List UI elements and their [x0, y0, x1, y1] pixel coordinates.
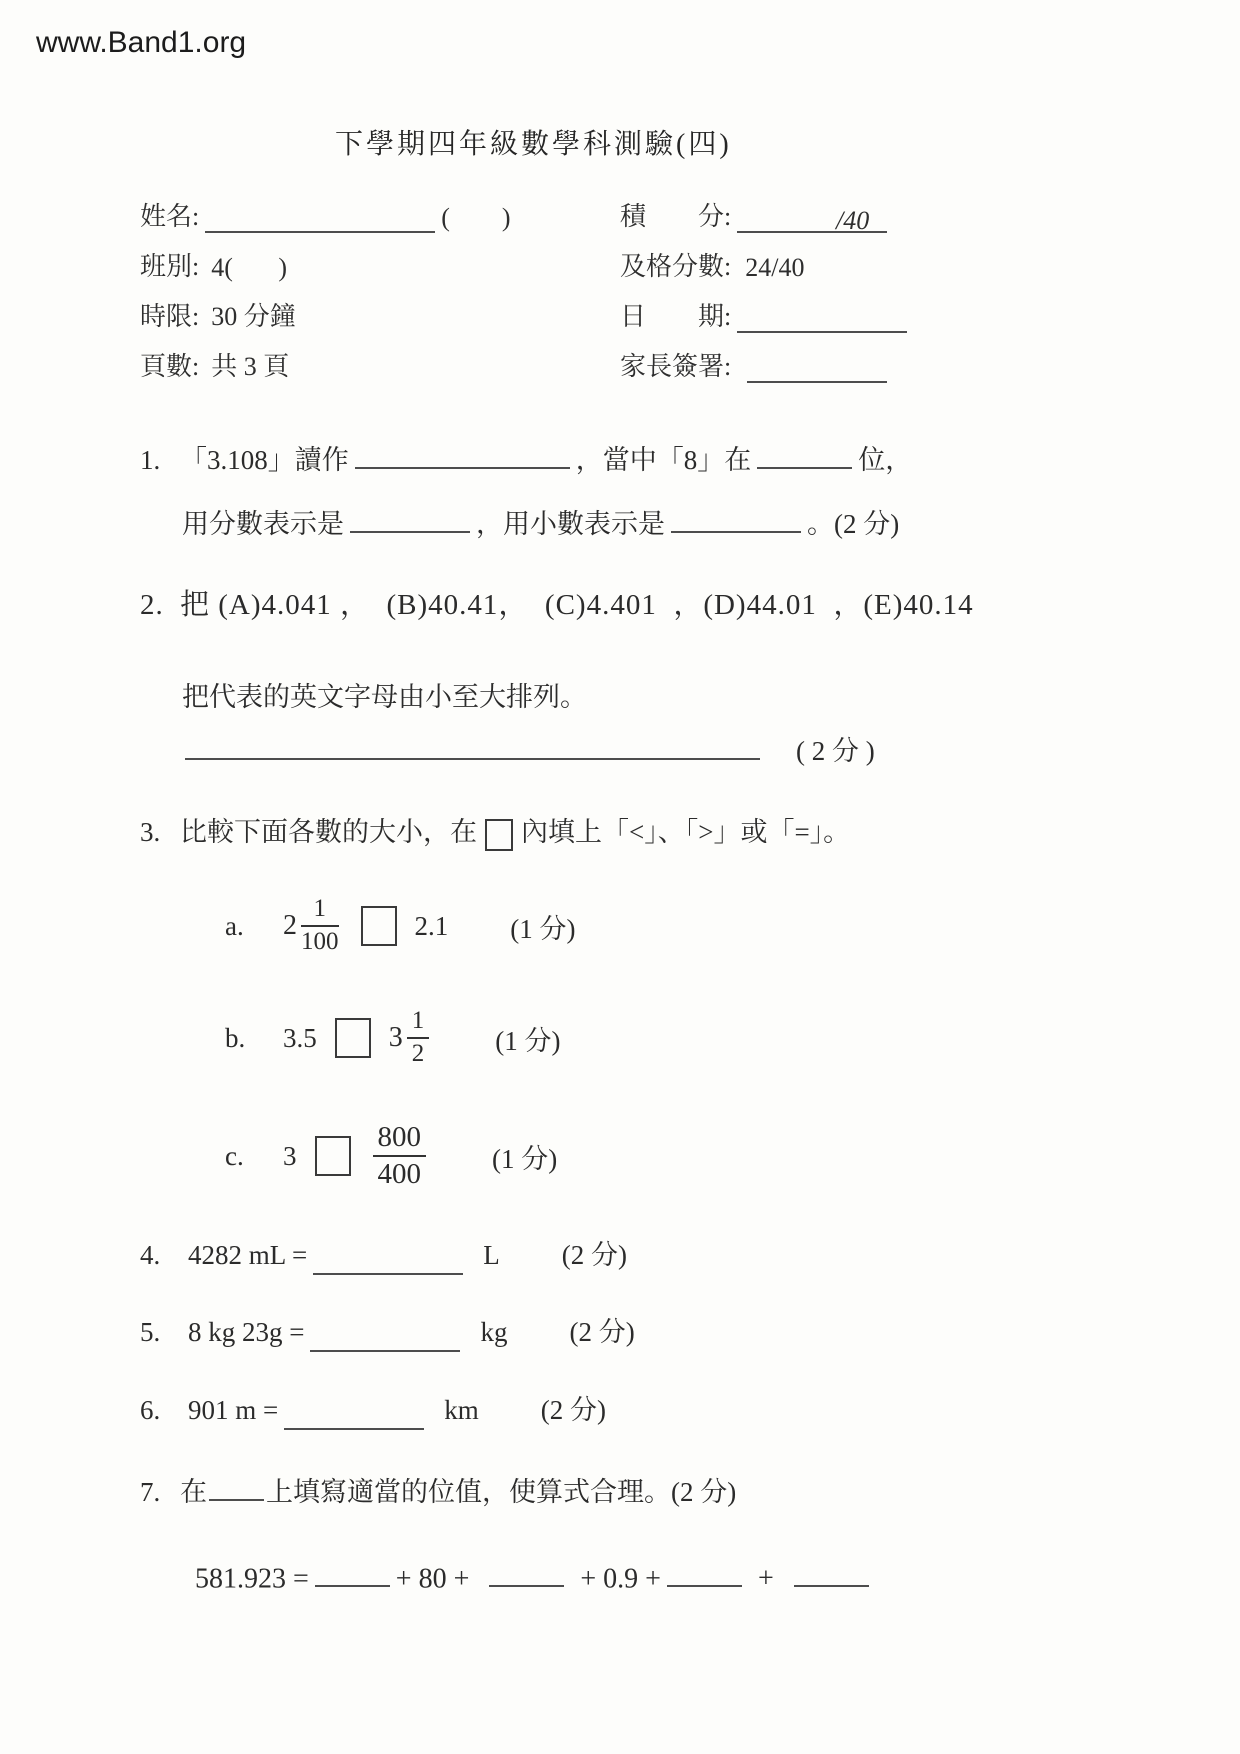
page-title: 下學期四年級數學科測驗(四)	[335, 122, 732, 162]
time-limit-value: 30 分鐘	[211, 296, 296, 333]
q7-inline-blank	[209, 1473, 264, 1501]
q3b-left-value: 3.5	[283, 1023, 317, 1054]
q1-tail-text: 位，	[858, 445, 912, 475]
q1-decimal-blank	[671, 505, 801, 533]
q3c-marks: (1 分)	[492, 1137, 557, 1176]
question-5-number: 5.	[140, 1312, 188, 1352]
q3c-label: c.	[225, 1141, 283, 1172]
pass-score-label: 及格分數:	[620, 246, 731, 283]
q7-before-blank-text: 在	[180, 1477, 207, 1507]
q4-marks: (2 分)	[562, 1235, 627, 1275]
question-2: 2.把 (A)4.041 ， (B)40.41， (C)4.401 ，(D)44…	[140, 585, 1160, 771]
question-4-number: 4.	[140, 1235, 188, 1275]
q7-after-blank-text: 上填寫適當的位值，使算式合理。(2 分)	[266, 1477, 736, 1507]
name-blank	[205, 206, 435, 233]
q3-part-a: a. 2 1100 2.1 (1 分)	[140, 888, 1160, 964]
q6-expression: 901 m =	[188, 1390, 278, 1430]
question-7-number: 7.	[140, 1472, 180, 1512]
q1-fraction-label: 用分數表示是	[182, 509, 344, 539]
parent-signature-label: 家長簽署:	[620, 346, 731, 383]
q3b-right-numerator: 1	[407, 1007, 430, 1039]
question-3: 3.比較下面各數的大小，在內填上「<」、「>」或「=」。 a. 2 1100 2…	[140, 812, 1160, 1194]
question-2-number: 2.	[140, 585, 180, 625]
q3b-label: b.	[225, 1023, 283, 1054]
question-6: 6.901 m =km(2 分)	[140, 1390, 1160, 1430]
pages-label: 頁數:	[140, 346, 199, 383]
q3-after-box-text: 內填上「<」、「>」或「=」。	[521, 817, 850, 847]
q7-eq-lhs: 581.923 =	[195, 1563, 309, 1594]
score-blank: /40	[737, 206, 887, 233]
score-total: /40	[836, 206, 869, 235]
q7-eq-blank-3	[667, 1558, 742, 1587]
q3b-marks: (1 分)	[495, 1019, 560, 1058]
pages-value: 共 3 頁	[211, 346, 289, 383]
header-row-1: 姓名: ( ) 積 分: /40	[140, 183, 1110, 233]
q6-answer-blank	[284, 1402, 424, 1430]
question-1-number: 1.	[140, 440, 180, 480]
watermark: www.Band1.org	[36, 26, 246, 60]
header-row-2: 班別: 4( ) 及格分數: 24/40	[140, 233, 1110, 283]
q3c-right-numerator: 800	[373, 1121, 427, 1157]
class-label: 班別:	[140, 246, 199, 283]
q7-eq-op3: +	[758, 1563, 774, 1594]
class-value: 4( )	[211, 253, 287, 283]
q3b-right-whole: 3	[389, 1022, 403, 1054]
q5-marks: (2 分)	[569, 1312, 634, 1352]
q4-answer-blank	[313, 1247, 463, 1275]
parent-signature-blank	[747, 356, 887, 383]
name-label: 姓名:	[140, 196, 199, 233]
q1-fraction-blank	[350, 505, 470, 533]
q6-marks: (2 分)	[541, 1390, 606, 1430]
header-info: 姓名: ( ) 積 分: /40 班別: 4( ) 及格分數: 24/40	[140, 183, 1110, 383]
q3a-left-denominator: 100	[301, 927, 339, 957]
q7-eq-blank-4	[794, 1558, 869, 1587]
date-blank	[737, 306, 907, 333]
name-paren: ( )	[441, 203, 510, 233]
q2-options-text: 把 (A)4.041 ， (B)40.41， (C)4.401 ，(D)44.0…	[180, 589, 974, 621]
q6-unit: km	[444, 1390, 479, 1430]
q1-place-blank	[757, 441, 852, 469]
q5-answer-blank	[310, 1324, 460, 1352]
q3a-right-value: 2.1	[415, 911, 449, 942]
date-label: 日 期:	[620, 296, 731, 333]
q5-unit: kg	[480, 1312, 507, 1352]
q3a-compare-box	[361, 906, 397, 946]
q7-eq-op1: + 80 +	[396, 1563, 470, 1594]
q4-unit: L	[483, 1235, 500, 1275]
q3-part-b: b. 3.5 3 12 (1 分)	[140, 1000, 1160, 1076]
q7-eq-blank-1	[315, 1558, 390, 1587]
time-limit-label: 時限:	[140, 296, 199, 333]
header-row-4: 頁數: 共 3 頁 家長簽署:	[140, 333, 1110, 383]
question-4: 4.4282 mL =L(2 分)	[140, 1235, 1160, 1275]
q3a-left-numerator: 1	[301, 895, 339, 927]
q3a-marks: (1 分)	[510, 907, 575, 946]
q1-mid-text: ，當中「8」在	[576, 445, 752, 475]
pass-score-value: 24/40	[745, 253, 804, 283]
q4-expression: 4282 mL =	[188, 1235, 307, 1275]
q3-example-compare-box	[485, 819, 513, 851]
q1-marks: 。(2 分)	[807, 509, 899, 539]
header-row-3: 時限: 30 分鐘 日 期:	[140, 283, 1110, 333]
q3c-left-value: 3	[283, 1141, 297, 1172]
q2-marks: ( 2 分 )	[796, 736, 875, 766]
q2-instruction-text: 把代表的英文字母由小至大排列。	[182, 682, 587, 712]
q7-eq-op2: + 0.9 +	[580, 1563, 661, 1594]
question-7: 7.在上填寫適當的位值，使算式合理。(2 分) 581.923 =+ 80 ++…	[140, 1472, 1160, 1599]
question-6-number: 6.	[140, 1390, 188, 1430]
q1-reading-blank	[355, 441, 570, 469]
q5-expression: 8 kg 23g =	[188, 1312, 304, 1352]
q3a-left-whole: 2	[283, 910, 297, 942]
q7-equation: 581.923 =+ 80 ++ 0.9 ++	[140, 1558, 1160, 1599]
q7-eq-blank-2	[489, 1558, 564, 1587]
q1-read-as-text: 「3.108」讀作	[180, 445, 349, 475]
score-label: 積 分:	[620, 196, 731, 233]
q2-answer-blank	[185, 732, 760, 760]
q3b-right-fraction: 12	[407, 1007, 430, 1069]
q3a-left-fraction: 1100	[301, 895, 339, 957]
question-3-number: 3.	[140, 812, 180, 852]
question-5: 5.8 kg 23g =kg(2 分)	[140, 1312, 1160, 1352]
question-1: 1.「3.108」讀作，當中「8」在位， 用分數表示是，用小數表示是。(2 分)	[140, 440, 1160, 544]
q3c-right-fraction: 800400	[373, 1121, 427, 1192]
q3-part-c: c. 3 800400 (1 分)	[140, 1118, 1160, 1194]
q1-decimal-label: ，用小數表示是	[476, 509, 665, 539]
q3-before-box-text: 比較下面各數的大小，在	[180, 817, 477, 847]
test-paper-page: www.Band1.org 下學期四年級數學科測驗(四) 姓名: ( ) 積 分…	[0, 0, 1240, 1754]
q3a-label: a.	[225, 911, 283, 942]
q3c-right-denominator: 400	[373, 1157, 427, 1191]
q3b-right-denominator: 2	[407, 1039, 430, 1069]
q3b-compare-box	[335, 1018, 371, 1058]
q3c-compare-box	[315, 1136, 351, 1176]
